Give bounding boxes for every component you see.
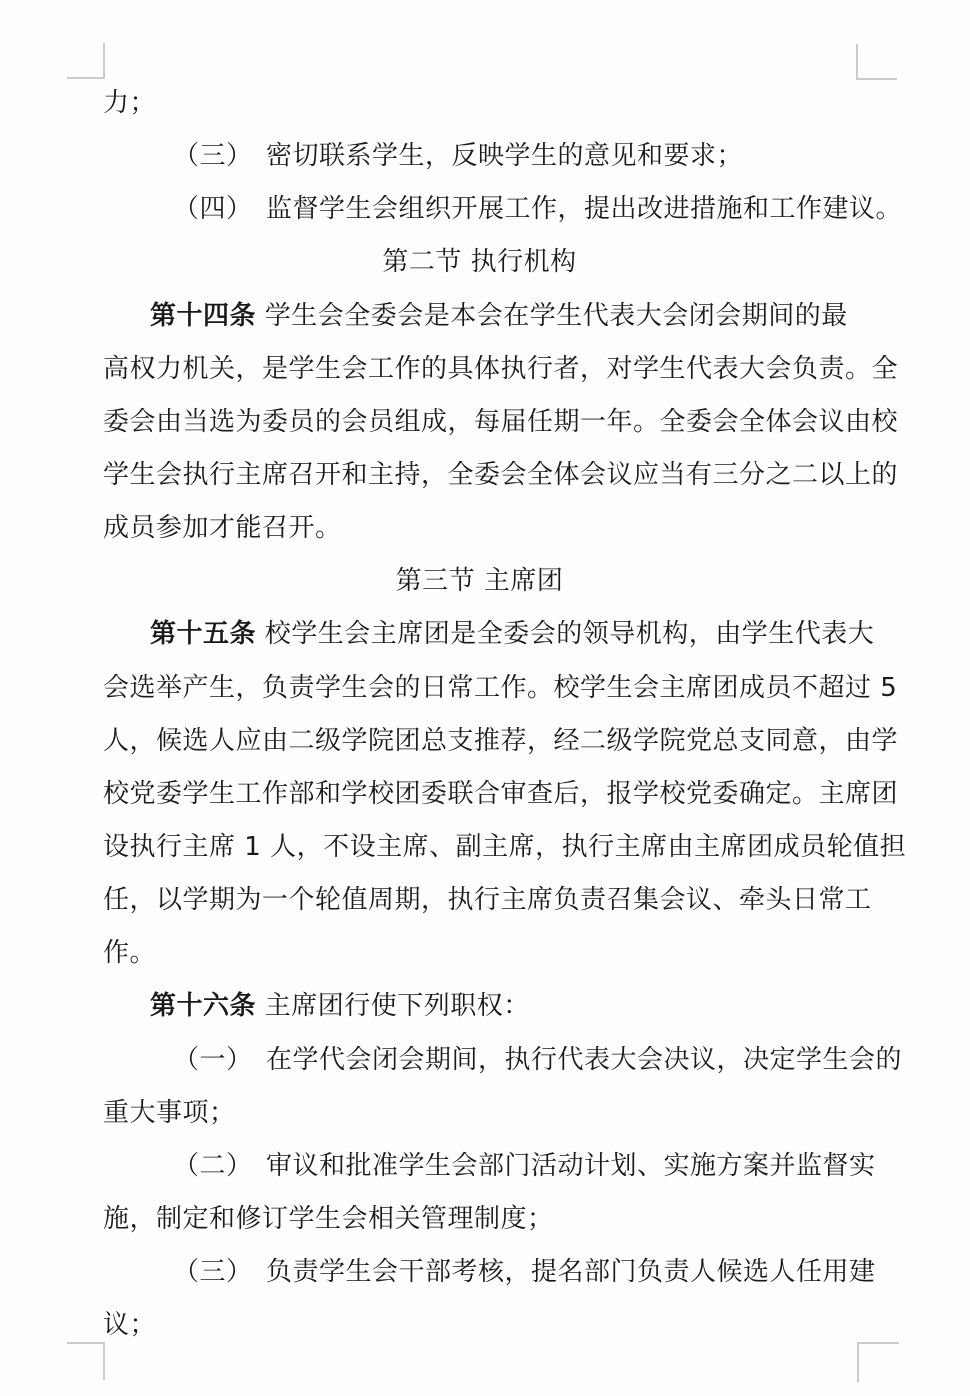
text-line: 施，制定和修订学生会相关管理制度； — [103, 1193, 856, 1246]
line-text: 校党委学生工作部和学校团委联合审查后，报学校党委确定。主席团 — [103, 779, 898, 809]
document-text: 力；（三） 密切联系学生，反映学生的意见和要求；（四） 监督学生会组织开展工作，… — [103, 77, 856, 1352]
line-text: 高权力机关，是学生会工作的具体执行者，对学生代表大会负责。全 — [103, 354, 898, 384]
text-line: 委会由当选为委员的会员组成，每届任期一年。全委会全体会议由校 — [103, 396, 856, 449]
line-text: （四） 监督学生会组织开展工作，提出改进措施和工作建议。 — [173, 194, 902, 224]
line-text: （三） 密切联系学生，反映学生的意见和要求； — [173, 141, 743, 171]
line-text: （三） 负责学生会干部考核，提名部门负责人候选人任用建 — [173, 1257, 876, 1287]
article-number: 第十五条 — [150, 619, 256, 649]
crop-mark-bottom-left — [67, 1342, 105, 1380]
line-text: 作。 — [103, 938, 156, 968]
section-heading: 第二节 执行机构 — [103, 236, 856, 289]
text-line: （二） 审议和批准学生会部门活动计划、实施方案并监督实 — [103, 1140, 856, 1193]
line-text: 力； — [103, 88, 156, 118]
text-line: （三） 负责学生会干部考核，提名部门负责人候选人任用建 — [103, 1246, 856, 1299]
line-text: 会选举产生，负责学生会的日常工作。校学生会主席团成员不超过 5 — [103, 673, 897, 703]
text-line: 议； — [103, 1299, 856, 1352]
line-text: 设执行主席 1 人，不设主席、副主席，执行主席由主席团成员轮值担 — [103, 832, 906, 862]
text-line: 作。 — [103, 927, 856, 980]
text-line: 第十五条 校学生会主席团是全委会的领导机构，由学生代表大 — [103, 608, 856, 661]
article-number: 第十四条 — [150, 301, 256, 331]
line-text: 施，制定和修订学生会相关管理制度； — [103, 1204, 554, 1234]
crop-mark-bottom-right — [857, 1342, 899, 1382]
text-line: 成员参加才能召开。 — [103, 502, 856, 555]
text-line: 校党委学生工作部和学校团委联合审查后，报学校党委确定。主席团 — [103, 768, 856, 821]
line-text: 人，候选人应由二级学院团总支推荐，经二级学院党总支同意，由学 — [103, 726, 898, 756]
text-line: 重大事项； — [103, 1087, 856, 1140]
crop-mark-top-left — [67, 43, 105, 79]
line-text: 委会由当选为委员的会员组成，每届任期一年。全委会全体会议由校 — [103, 407, 898, 437]
text-line: 会选举产生，负责学生会的日常工作。校学生会主席团成员不超过 5 — [103, 662, 856, 715]
line-text: 第三节 主席团 — [396, 566, 564, 596]
text-line: （一） 在学代会闭会期间，执行代表大会决议，决定学生会的 — [103, 1034, 856, 1087]
line-text: 校学生会主席团是全委会的领导机构，由学生代表大 — [256, 619, 874, 649]
crop-mark-top-right — [856, 44, 897, 80]
text-line: 第十四条 学生会全委会是本会在学生代表大会闭会期间的最 — [103, 290, 856, 343]
text-line: 第十六条 主席团行使下列职权： — [103, 980, 856, 1033]
line-text: （二） 审议和批准学生会部门活动计划、实施方案并监督实 — [173, 1151, 876, 1181]
line-text: 学生会全委会是本会在学生代表大会闭会期间的最 — [256, 301, 848, 331]
text-line: 设执行主席 1 人，不设主席、副主席，执行主席由主席团成员轮值担 — [103, 821, 856, 874]
line-text: （一） 在学代会闭会期间，执行代表大会决议，决定学生会的 — [173, 1045, 902, 1075]
text-line: 学生会执行主席召开和主持，全委会全体会议应当有三分之二以上的 — [103, 449, 856, 502]
line-text: 成员参加才能召开。 — [103, 513, 342, 543]
section-heading: 第三节 主席团 — [103, 555, 856, 608]
text-line: 力； — [103, 77, 856, 130]
text-line: 任，以学期为一个轮值周期，执行主席负责召集会议、牵头日常工 — [103, 874, 856, 927]
text-line: 人，候选人应由二级学院团总支推荐，经二级学院党总支同意，由学 — [103, 715, 856, 768]
article-number: 第十六条 — [150, 991, 256, 1021]
line-text: 重大事项； — [103, 1098, 236, 1128]
document-page: 力；（三） 密切联系学生，反映学生的意见和要求；（四） 监督学生会组织开展工作，… — [0, 0, 970, 1396]
text-line: （四） 监督学生会组织开展工作，提出改进措施和工作建议。 — [103, 183, 856, 236]
text-line: （三） 密切联系学生，反映学生的意见和要求； — [103, 130, 856, 183]
line-text: 任，以学期为一个轮值周期，执行主席负责召集会议、牵头日常工 — [103, 885, 872, 915]
line-text: 第二节 执行机构 — [382, 247, 576, 277]
line-text: 议； — [103, 1310, 156, 1340]
line-text: 学生会执行主席召开和主持，全委会全体会议应当有三分之二以上的 — [103, 460, 898, 490]
line-text: 主席团行使下列职权： — [256, 991, 530, 1021]
text-line: 高权力机关，是学生会工作的具体执行者，对学生代表大会负责。全 — [103, 343, 856, 396]
